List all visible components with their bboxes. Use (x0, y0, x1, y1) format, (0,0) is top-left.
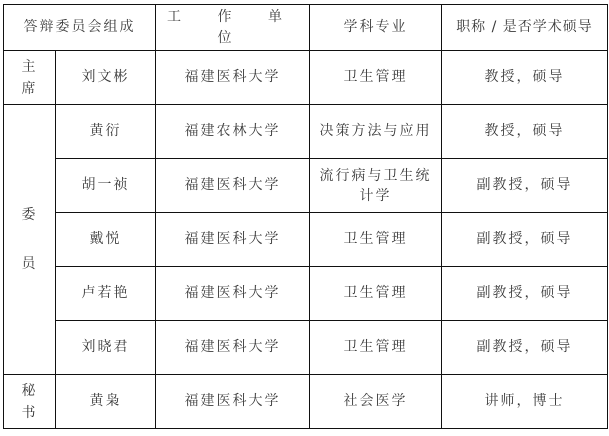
header-title: 职称 / 是否学术硕导 (442, 5, 608, 51)
group-members: 委 员 (4, 105, 56, 375)
group-chair-char: 主 (20, 56, 40, 78)
member-major: 卫生管理 (310, 213, 442, 267)
member-title: 副教授，硕导 (442, 321, 608, 375)
header-committee: 答辩委员会组成 (4, 5, 156, 51)
member-title: 副教授，硕导 (442, 267, 608, 321)
group-secretary-char: 秘 (20, 380, 40, 402)
table-row: 刘晓君 福建医科大学 卫生管理 副教授，硕导 (4, 321, 608, 375)
member-unit: 福建医科大学 (156, 213, 310, 267)
member-name: 刘晓君 (56, 321, 156, 375)
member-unit: 福建医科大学 (156, 51, 310, 105)
group-members-char: 委 (20, 205, 40, 226)
member-major: 社会医学 (310, 375, 442, 429)
member-major-text: 流行病与卫生统计学 (318, 166, 434, 206)
member-title: 副教授，硕导 (442, 159, 608, 213)
member-major: 卫生管理 (310, 267, 442, 321)
table-row: 委 员 黄衍 福建农林大学 决策方法与应用 教授，硕导 (4, 105, 608, 159)
member-title: 讲师，博士 (442, 375, 608, 429)
group-chair: 主 席 (4, 51, 56, 105)
member-name: 卢若艳 (56, 267, 156, 321)
defense-committee-table: 答辩委员会组成 工 作 单 位 学科专业 职称 / 是否学术硕导 主 席 刘文彬… (3, 4, 608, 429)
table-row: 胡一祯 福建医科大学 流行病与卫生统计学 副教授，硕导 (4, 159, 608, 213)
header-unit: 工 作 单 位 (156, 5, 310, 51)
member-major: 卫生管理 (310, 51, 442, 105)
member-title: 教授，硕导 (442, 105, 608, 159)
group-secretary-char: 书 (20, 402, 40, 424)
member-major: 卫生管理 (310, 321, 442, 375)
header-major: 学科专业 (310, 5, 442, 51)
member-name: 戴悦 (56, 213, 156, 267)
header-row: 答辩委员会组成 工 作 单 位 学科专业 职称 / 是否学术硕导 (4, 5, 608, 51)
table-row-secretary: 秘 书 黄枭 福建医科大学 社会医学 讲师，博士 (4, 375, 608, 429)
member-name: 胡一祯 (56, 159, 156, 213)
member-unit: 福建医科大学 (156, 159, 310, 213)
group-chair-char: 席 (20, 78, 40, 100)
member-major: 流行病与卫生统计学 (310, 159, 442, 213)
table-row: 卢若艳 福建医科大学 卫生管理 副教授，硕导 (4, 267, 608, 321)
group-secretary: 秘 书 (4, 375, 56, 429)
member-unit: 福建农林大学 (156, 105, 310, 159)
member-unit: 福建医科大学 (156, 375, 310, 429)
group-members-char: 员 (20, 254, 40, 275)
member-unit: 福建医科大学 (156, 321, 310, 375)
member-title: 副教授，硕导 (442, 213, 608, 267)
member-name: 刘文彬 (56, 51, 156, 105)
member-name: 黄枭 (56, 375, 156, 429)
member-major: 决策方法与应用 (310, 105, 442, 159)
table-row-chair: 主 席 刘文彬 福建医科大学 卫生管理 教授，硕导 (4, 51, 608, 105)
table-row: 戴悦 福建医科大学 卫生管理 副教授，硕导 (4, 213, 608, 267)
member-name: 黄衍 (56, 105, 156, 159)
member-title: 教授，硕导 (442, 51, 608, 105)
member-unit: 福建医科大学 (156, 267, 310, 321)
